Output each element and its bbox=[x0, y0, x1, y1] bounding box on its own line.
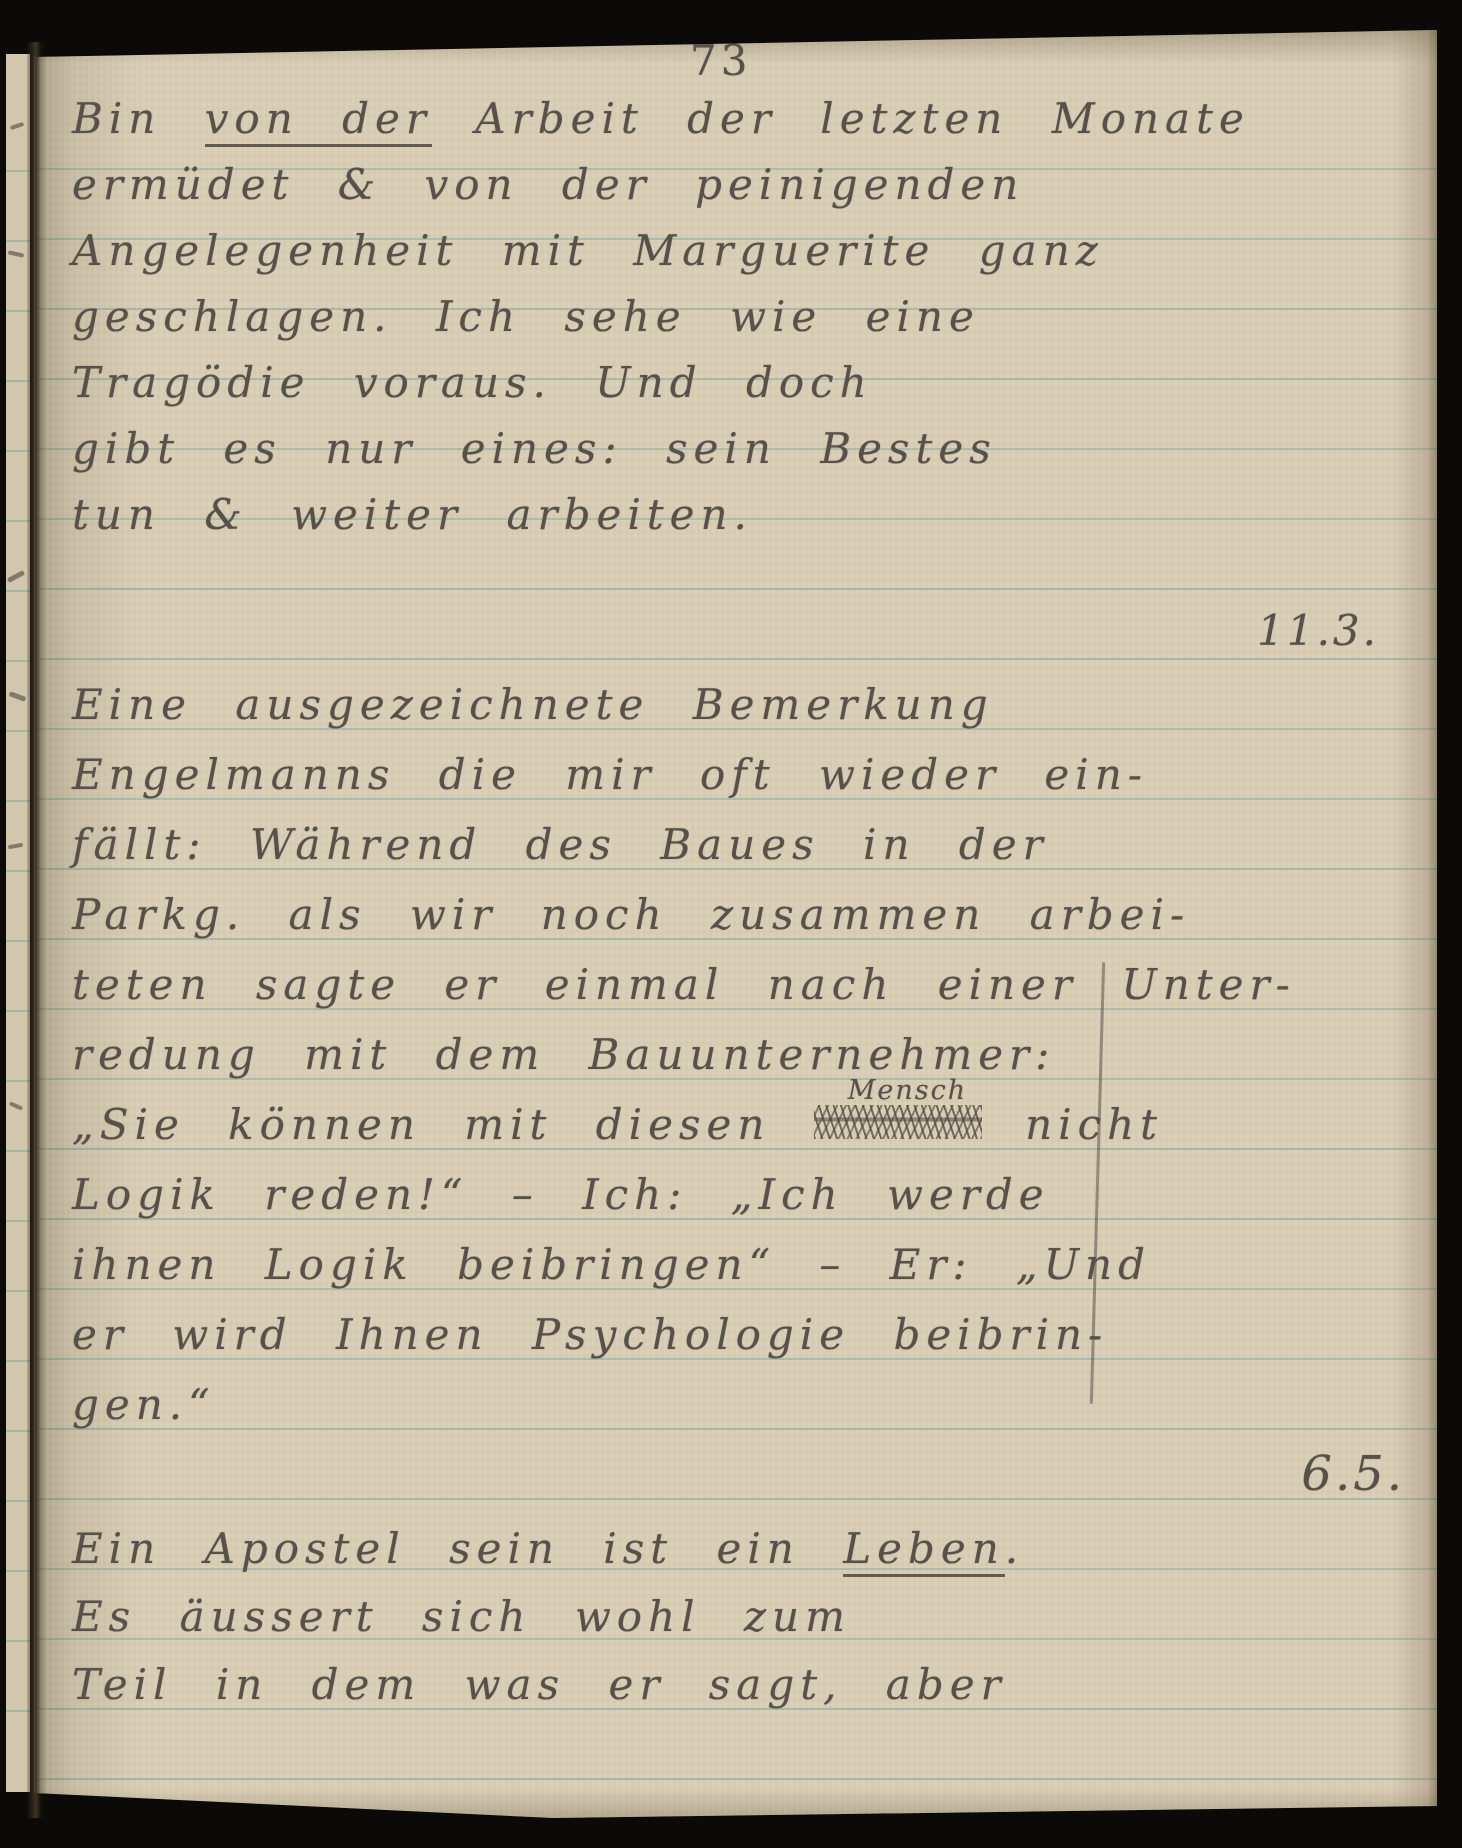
crossed-out-word: Mensch bbox=[814, 1105, 982, 1139]
handwritten-line: tun & weiter arbeiten. bbox=[72, 490, 1415, 556]
binding-gutter-crease bbox=[27, 42, 47, 1818]
handwritten-text: gen.“ bbox=[72, 1380, 216, 1429]
handwritten-line: gen.“ bbox=[72, 1380, 1415, 1450]
handwritten-line: Teil in dem was er sagt, aber bbox=[72, 1660, 1415, 1728]
handwritten-line: Engelmanns die mir oft wieder ein- bbox=[72, 750, 1415, 820]
handwritten-text: ermüdet & von der peinigenden bbox=[72, 160, 1024, 209]
handwritten-text: „Sie können mit diesen bbox=[72, 1100, 814, 1149]
underlined-word: von der bbox=[205, 94, 432, 147]
handwritten-text: fällt: Während des Baues in der bbox=[72, 820, 1049, 869]
diary-entry: Bin von der Arbeit der letzten Monateerm… bbox=[72, 94, 1415, 556]
handwritten-text: Angelegenheit mit Marguerite ganz bbox=[72, 226, 1104, 275]
handwritten-text: teten sagte er einmal nach einer Unter- bbox=[72, 960, 1296, 1009]
handwritten-text: nicht bbox=[982, 1100, 1163, 1149]
handwritten-text: geschlagen. Ich sehe wie eine bbox=[72, 292, 980, 341]
diary-entry: 11.3.Eine ausgezeichnete BemerkungEngelm… bbox=[72, 680, 1415, 1450]
handwritten-line: ermüdet & von der peinigenden bbox=[72, 160, 1415, 226]
diary-entry: 6.5.Ein Apostel sein ist ein Leben.Es äu… bbox=[72, 1524, 1415, 1728]
handwritten-text: Arbeit der letzten Monate bbox=[432, 94, 1250, 143]
handwritten-line: Bin von der Arbeit der letzten Monate bbox=[72, 94, 1415, 160]
handwritten-text: ihnen Logik beibringen“ – Er: „Und bbox=[72, 1240, 1151, 1289]
handwritten-line: Es äussert sich wohl zum bbox=[72, 1592, 1415, 1660]
photographed-notebook-page: 73 Bin von der Arbeit der letzten Monate… bbox=[0, 0, 1462, 1848]
handwritten-text: redung mit dem Bauunternehmer: bbox=[72, 1030, 1055, 1079]
handwritten-line: geschlagen. Ich sehe wie eine bbox=[72, 292, 1415, 358]
handwritten-text: Engelmanns die mir oft wieder ein- bbox=[72, 750, 1148, 799]
handwritten-line: er wird Ihnen Psychologie beibrin- bbox=[72, 1310, 1415, 1380]
interlinear-insertion: Mensch bbox=[848, 1075, 967, 1106]
handwritten-text: tun & weiter arbeiten. bbox=[72, 490, 753, 539]
handwritten-text: Tragödie voraus. Und doch bbox=[72, 358, 873, 407]
handwritten-line: Angelegenheit mit Marguerite ganz bbox=[72, 226, 1415, 292]
handwritten-text: . bbox=[1005, 1524, 1024, 1573]
diary-page: 73 Bin von der Arbeit der letzten Monate… bbox=[34, 30, 1437, 1818]
handwritten-text: Eine ausgezeichnete Bemerkung bbox=[72, 680, 994, 729]
handwritten-text: Ein Apostel sein ist ein bbox=[72, 1524, 843, 1573]
page-number: 73 bbox=[690, 36, 751, 85]
handwritten-line: gibt es nur eines: sein Bestes bbox=[72, 424, 1415, 490]
handwritten-line: fällt: Während des Baues in der bbox=[72, 820, 1415, 890]
underlined-word: Leben bbox=[843, 1524, 1005, 1577]
handwritten-text: Teil in dem was er sagt, aber bbox=[72, 1660, 1007, 1709]
handwritten-line: redung mit dem Bauunternehmer: bbox=[72, 1030, 1415, 1100]
handwritten-text: Parkg. als wir noch zusammen arbei- bbox=[72, 890, 1190, 939]
handwritten-line: Tragödie voraus. Und doch bbox=[72, 358, 1415, 424]
entry-date: 11.3. bbox=[1257, 606, 1379, 655]
handwritten-line: teten sagte er einmal nach einer Unter- bbox=[72, 960, 1415, 1030]
handwritten-line: Logik reden!“ – Ich: „Ich werde bbox=[72, 1170, 1415, 1240]
entry-date: 6.5. bbox=[1301, 1446, 1405, 1502]
handwritten-line: „Sie können mit diesen Mensch nicht bbox=[72, 1100, 1415, 1170]
stray-mark bbox=[10, 122, 25, 130]
handwritten-text: Es äussert sich wohl zum bbox=[72, 1592, 851, 1641]
handwritten-text: er wird Ihnen Psychologie beibrin- bbox=[72, 1310, 1108, 1359]
handwritten-line: Eine ausgezeichnete Bemerkung bbox=[72, 680, 1415, 750]
handwritten-text: Logik reden!“ – Ich: „Ich werde bbox=[72, 1170, 1050, 1219]
handwritten-text: gibt es nur eines: sein Bestes bbox=[72, 424, 997, 473]
handwritten-line: Ein Apostel sein ist ein Leben. bbox=[72, 1524, 1415, 1592]
handwritten-line: ihnen Logik beibringen“ – Er: „Und bbox=[72, 1240, 1415, 1310]
handwritten-line: Parkg. als wir noch zusammen arbei- bbox=[72, 890, 1415, 960]
handwritten-text: Bin bbox=[72, 94, 205, 143]
